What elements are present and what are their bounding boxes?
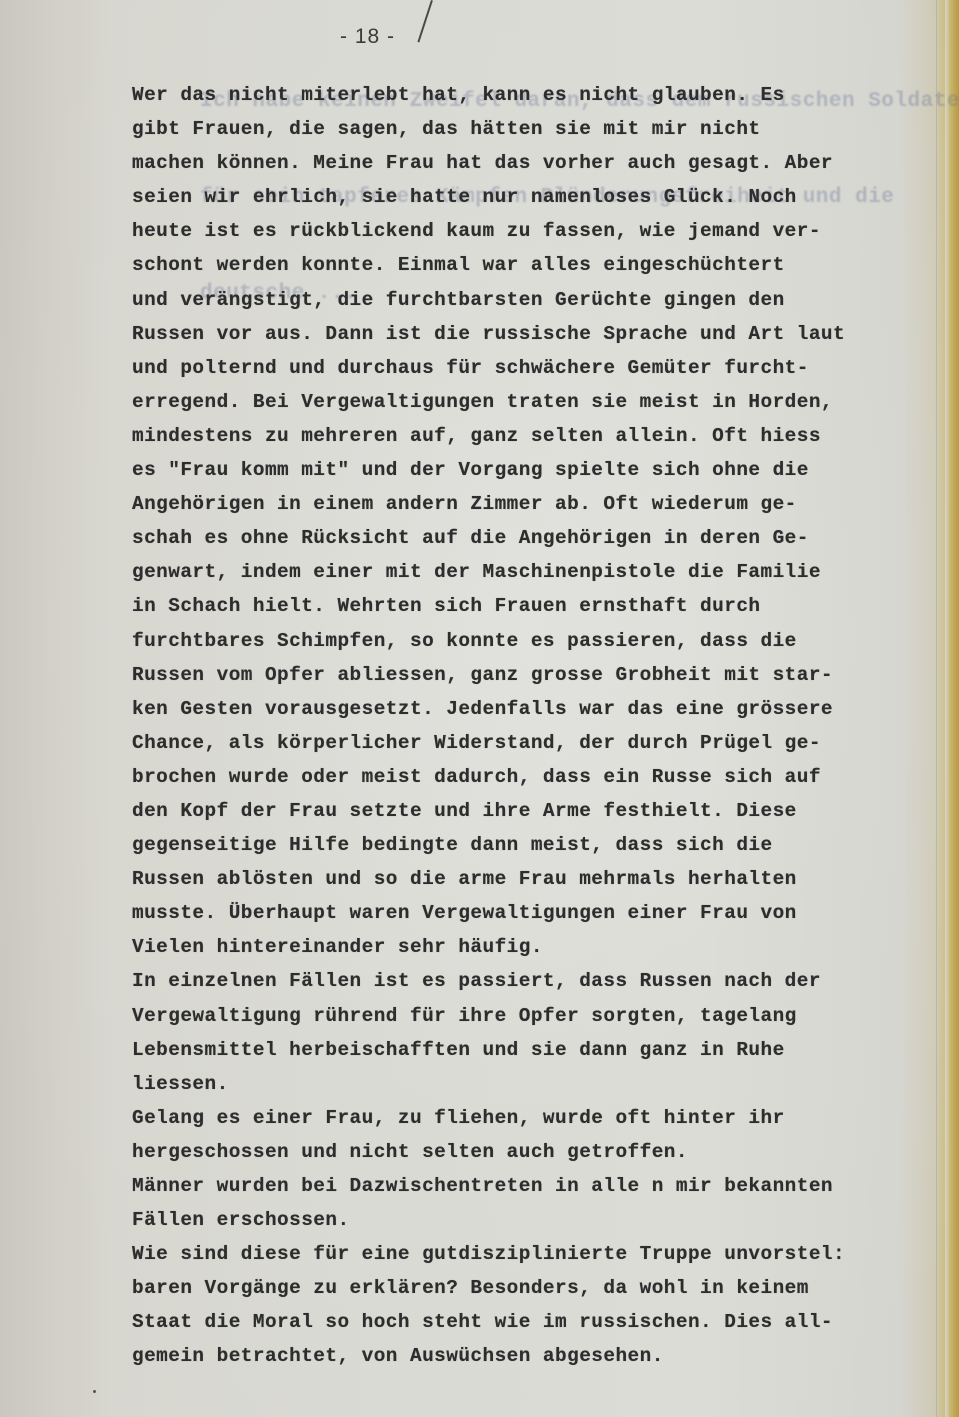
- text-line: ken Gesten vorausgesetzt. Jedenfalls war…: [132, 692, 952, 726]
- text-line: Gelang es einer Frau, zu fliehen, wurde …: [132, 1101, 952, 1135]
- text-line: Wie sind diese für eine gutdiszipliniert…: [132, 1237, 952, 1271]
- text-line: in Schach hielt. Wehrten sich Frauen ern…: [132, 589, 952, 623]
- text-line: brochen wurde oder meist dadurch, dass e…: [132, 760, 952, 794]
- text-line: gibt Frauen, die sagen, das hätten sie m…: [132, 112, 952, 146]
- text-line: machen können. Meine Frau hat das vorher…: [132, 146, 952, 180]
- text-line: Chance, als körperlicher Widerstand, der…: [132, 726, 952, 760]
- page-number: - 18 -: [340, 25, 395, 49]
- ink-speck: [93, 1390, 96, 1393]
- text-line: In einzelnen Fällen ist es passiert, das…: [132, 964, 952, 998]
- text-line: seien wir ehrlich, sie hatte nur namenlo…: [132, 180, 952, 214]
- text-line: Vielen hintereinander sehr häufig.: [132, 930, 952, 964]
- text-line: schont werden konnte. Einmal war alles e…: [132, 248, 952, 282]
- text-line: genwart, indem einer mit der Maschinenpi…: [132, 555, 952, 589]
- text-line: Russen vor aus. Dann ist die russische S…: [132, 317, 952, 351]
- text-line: schah es ohne Rücksicht auf die Angehöri…: [132, 521, 952, 555]
- text-line: Wer das nicht miterlebt hat, kann es nic…: [132, 78, 952, 112]
- text-line: und verängstigt, die furchtbarsten Gerüc…: [132, 283, 952, 317]
- typewritten-body: Wer das nicht miterlebt hat, kann es nic…: [132, 78, 952, 1374]
- text-line: Fällen erschossen.: [132, 1203, 952, 1237]
- text-line: mindestens zu mehreren auf, ganz selten …: [132, 419, 952, 453]
- text-line: Staat die Moral so hoch steht wie im rus…: [132, 1305, 952, 1339]
- text-line: heute ist es rückblickend kaum zu fassen…: [132, 214, 952, 248]
- text-line: gegenseitige Hilfe bedingte dann meist, …: [132, 828, 952, 862]
- text-line: Lebensmittel herbeischafften und sie dan…: [132, 1033, 952, 1067]
- text-line: Angehörigen in einem andern Zimmer ab. O…: [132, 487, 952, 521]
- text-line: Russen ablösten und so die arme Frau meh…: [132, 862, 952, 896]
- text-line: musste. Überhaupt waren Vergewaltigungen…: [132, 896, 952, 930]
- text-line: baren Vorgänge zu erklären? Besonders, d…: [132, 1271, 952, 1305]
- text-line: und polternd und durchaus für schwächere…: [132, 351, 952, 385]
- text-line: erregend. Bei Vergewaltigungen traten si…: [132, 385, 952, 419]
- text-line: Männer wurden bei Dazwischentreten in al…: [132, 1169, 952, 1203]
- text-line: es "Frau komm mit" und der Vorgang spiel…: [132, 453, 952, 487]
- text-line: hergeschossen und nicht selten auch getr…: [132, 1135, 952, 1169]
- text-line: furchtbares Schimpfen, so konnte es pass…: [132, 624, 952, 658]
- text-line: den Kopf der Frau setzte und ihre Arme f…: [132, 794, 952, 828]
- text-line: liessen.: [132, 1067, 952, 1101]
- text-line: Vergewaltigung rührend für ihre Opfer so…: [132, 999, 952, 1033]
- text-line: gemein betrachtet, von Auswüchsen abgese…: [132, 1339, 952, 1373]
- text-line: Russen vom Opfer abliessen, ganz grosse …: [132, 658, 952, 692]
